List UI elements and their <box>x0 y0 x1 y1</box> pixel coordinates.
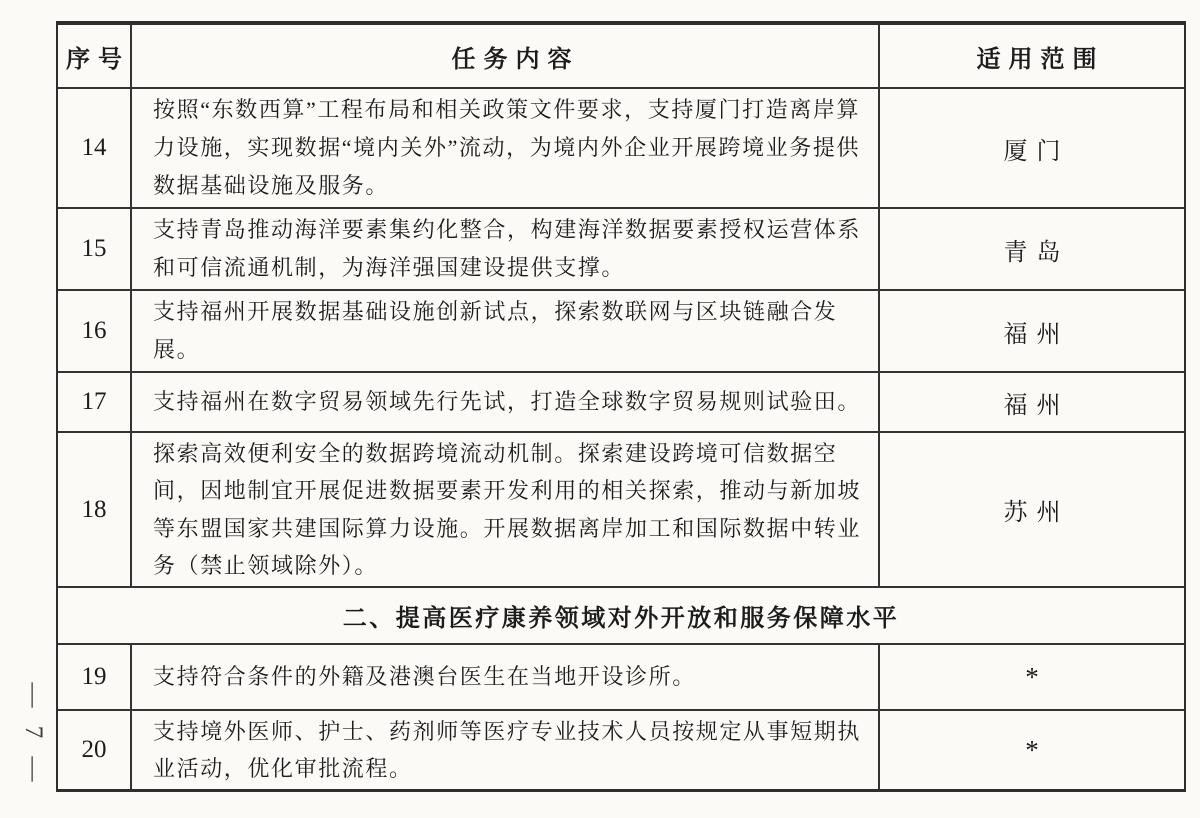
header-label-task: 任务内容 <box>444 39 580 74</box>
table-row: 15 支持青岛推动海洋要素集约化整合，构建海洋数据要素授权运营体系 和可信流通机… <box>58 207 1184 289</box>
task-line: 和可信流通机制，为海洋强国建设提供支撑。 <box>153 249 870 287</box>
task-line: 业活动，优化审批流程。 <box>153 750 870 787</box>
table-row: 20 支持境外医师、护士、药剂师等医疗专业技术人员按规定从事短期执 业活动，优化… <box>58 709 1184 789</box>
task-line: 等东盟国家共建国际算力设施。开展数据离岸加工和国际数据中转业 <box>153 510 870 547</box>
table-row: 19 支持符合条件的外籍及港澳台医生在当地开设诊所。 * <box>58 643 1184 709</box>
task-line: 支持福州开展数据基础设施创新试点，探索数联网与区块链融合发 <box>153 293 870 331</box>
row-number: 14 <box>58 89 130 207</box>
task-content: 支持青岛推动海洋要素集约化整合，构建海洋数据要素授权运营体系 和可信流通机制，为… <box>130 209 880 289</box>
table-row: 17 支持福州在数字贸易领域先行先试，打造全球数字贸易规则试验田。 福州 <box>58 371 1184 431</box>
row-number: 19 <box>58 645 130 709</box>
scope-cell: 苏州 <box>880 433 1184 586</box>
task-line: 展。 <box>153 331 870 369</box>
task-content: 探索高效便利安全的数据跨境流动机制。探索建设跨境可信数据空 间，因地制宜开展促进… <box>130 433 880 586</box>
scope-cell: 福州 <box>880 373 1184 431</box>
table-row: 14 按照“东数西算”工程布局和相关政策文件要求，支持厦门打造离岸算 力设施，实… <box>58 87 1184 207</box>
scope-cell: 福州 <box>880 291 1184 371</box>
task-content: 按照“东数西算”工程布局和相关政策文件要求，支持厦门打造离岸算 力设施，实现数据… <box>130 89 880 207</box>
scope-cell: * <box>880 711 1184 789</box>
task-line: 支持青岛推动海洋要素集约化整合，构建海洋数据要素授权运营体系 <box>153 211 870 249</box>
task-line: 支持境外医师、护士、药剂师等医疗专业技术人员按规定从事短期执 <box>153 713 870 750</box>
scope-cell: 青岛 <box>880 209 1184 289</box>
section-header: 二、提高医疗康养领域对外开放和服务保障水平 <box>58 588 1184 643</box>
task-line: 按照“东数西算”工程布局和相关政策文件要求，支持厦门打造离岸算 <box>153 91 870 129</box>
task-line: 力设施，实现数据“境内关外”流动，为境内外企业开展跨境业务提供 <box>153 129 870 167</box>
table-row: 18 探索高效便利安全的数据跨境流动机制。探索建设跨境可信数据空 间，因地制宜开… <box>58 431 1184 586</box>
header-cell-scope: 适用范围 <box>880 25 1184 87</box>
margin-page-number: — 7 — <box>19 683 47 788</box>
scanned-document-page: — 7 — 序号 任务内容 适用范围 14 按照“东数西算”工程布局和相关政策文… <box>0 0 1200 818</box>
task-line: 间，因地制宜开展促进数据要素开发利用的相关探索，推动与新加坡 <box>153 472 870 509</box>
table-row: 16 支持福州开展数据基础设施创新试点，探索数联网与区块链融合发 展。 福州 <box>58 289 1184 371</box>
task-content: 支持境外医师、护士、药剂师等医疗专业技术人员按规定从事短期执 业活动，优化审批流… <box>130 711 880 789</box>
task-content: 支持符合条件的外籍及港澳台医生在当地开设诊所。 <box>130 645 880 709</box>
row-number: 20 <box>58 711 130 789</box>
task-line: 数据基础设施及服务。 <box>153 167 870 205</box>
task-line: 支持福州在数字贸易领域先行先试，打造全球数字贸易规则试验田。 <box>153 383 870 421</box>
task-content: 支持福州在数字贸易领域先行先试，打造全球数字贸易规则试验田。 <box>130 373 880 431</box>
header-label-no: 序号 <box>58 39 130 74</box>
scope-cell: * <box>880 645 1184 709</box>
task-line: 探索高效便利安全的数据跨境流动机制。探索建设跨境可信数据空 <box>153 435 870 472</box>
scope-cell: 厦门 <box>880 89 1184 207</box>
row-number: 16 <box>58 291 130 371</box>
header-cell-no: 序号 <box>58 25 130 87</box>
row-number: 18 <box>58 433 130 586</box>
header-label-scope: 适用范围 <box>969 39 1105 74</box>
row-number: 17 <box>58 373 130 431</box>
task-content: 支持福州开展数据基础设施创新试点，探索数联网与区块链融合发 展。 <box>130 291 880 371</box>
row-number: 15 <box>58 209 130 289</box>
task-line: 务（禁止领域除外）。 <box>153 547 870 584</box>
header-cell-task: 任务内容 <box>130 25 880 87</box>
section-header-row: 二、提高医疗康养领域对外开放和服务保障水平 <box>58 586 1184 643</box>
table-header-row: 序号 任务内容 适用范围 <box>58 25 1184 87</box>
task-table: 序号 任务内容 适用范围 14 按照“东数西算”工程布局和相关政策文件要求，支持… <box>56 21 1186 792</box>
task-line: 支持符合条件的外籍及港澳台医生在当地开设诊所。 <box>153 658 870 696</box>
